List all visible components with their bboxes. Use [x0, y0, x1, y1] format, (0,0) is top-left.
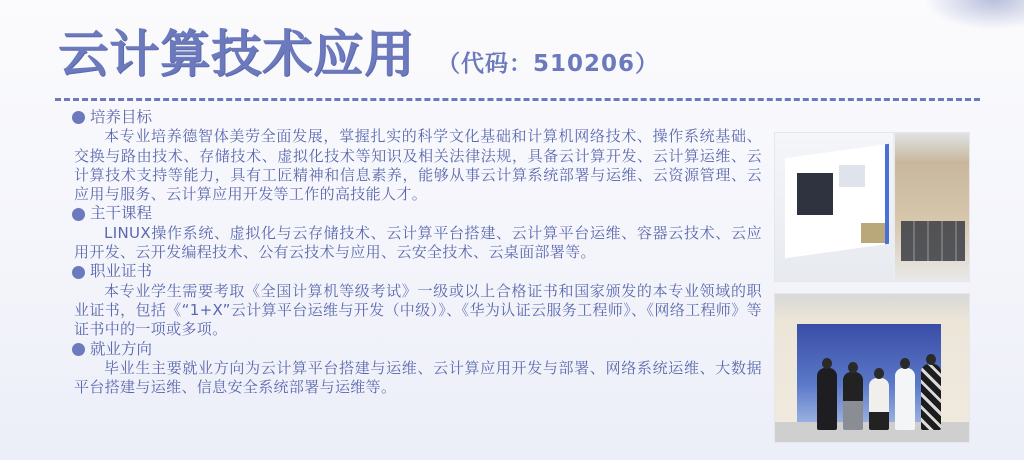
- content-column: 培养目标 本专业培养德智体美劳全面发展，掌握扎实的科学文化基础和计算机网络技术、…: [72, 108, 762, 397]
- section-heading: 培养目标: [72, 108, 762, 127]
- bullet-dot-icon: [72, 343, 85, 356]
- section-heading: 主干课程: [72, 204, 762, 223]
- photo-person-head: [874, 368, 884, 379]
- photo-person: [895, 368, 915, 430]
- photo-person: [921, 364, 941, 430]
- photo-screen: [797, 173, 833, 215]
- bullet-dot-icon: [72, 266, 85, 279]
- photo-training-room: [774, 132, 970, 282]
- photo-desks: [901, 221, 965, 261]
- section-title: 就业方向: [90, 340, 152, 359]
- corner-shade: [924, 0, 1024, 30]
- section-body: LINUX操作系统、虚拟化与云存储技术、云计算平台搭建、云计算平台运维、容器云技…: [74, 224, 762, 263]
- major-code: （代码：510206）: [437, 45, 659, 78]
- page-header: 云计算技术应用 （代码：510206）: [58, 24, 659, 84]
- section-body: 本专业学生需要考取《全国计算机等级考试》一级或以上合格证书和国家颁发的本专业领域…: [74, 282, 762, 340]
- photo-plaque: [861, 223, 885, 243]
- bullet-dot-icon: [72, 111, 85, 124]
- section-title: 主干课程: [90, 204, 152, 223]
- photo-person-head: [822, 358, 832, 369]
- section-body: 本专业培养德智体美劳全面发展，掌握扎实的科学文化基础和计算机网络技术、操作系统基…: [74, 127, 762, 204]
- photo-person: [869, 378, 889, 430]
- section-core-courses: 主干课程 LINUX操作系统、虚拟化与云存储技术、云计算平台搭建、云计算平台运维…: [72, 204, 762, 262]
- section-training-goal: 培养目标 本专业培养德智体美劳全面发展，掌握扎实的科学文化基础和计算机网络技术、…: [72, 108, 762, 204]
- photo-person: [817, 368, 837, 430]
- section-heading: 职业证书: [72, 262, 762, 281]
- section-heading: 就业方向: [72, 340, 762, 359]
- section-body: 毕业生主要就业方向为云计算平台搭建与运维、云计算应用开发与部署、网络系统运维、大…: [74, 359, 762, 398]
- page-title: 云计算技术应用: [58, 24, 415, 84]
- section-certificates: 职业证书 本专业学生需要考取《全国计算机等级考试》一级或以上合格证书和国家颁发的…: [72, 262, 762, 339]
- photo-person: [843, 372, 863, 430]
- photo-person-head: [926, 354, 936, 365]
- section-career: 就业方向 毕业生主要就业方向为云计算平台搭建与运维、云计算应用开发与部署、网络系…: [72, 340, 762, 398]
- photo-person-head: [848, 362, 858, 373]
- photo-person-head: [900, 358, 910, 369]
- section-title: 职业证书: [90, 262, 152, 281]
- photo-competition-group: [774, 293, 970, 443]
- bullet-dot-icon: [72, 208, 85, 221]
- dashed-divider: [55, 98, 980, 101]
- section-title: 培养目标: [90, 108, 152, 127]
- photo-panel: [839, 165, 865, 187]
